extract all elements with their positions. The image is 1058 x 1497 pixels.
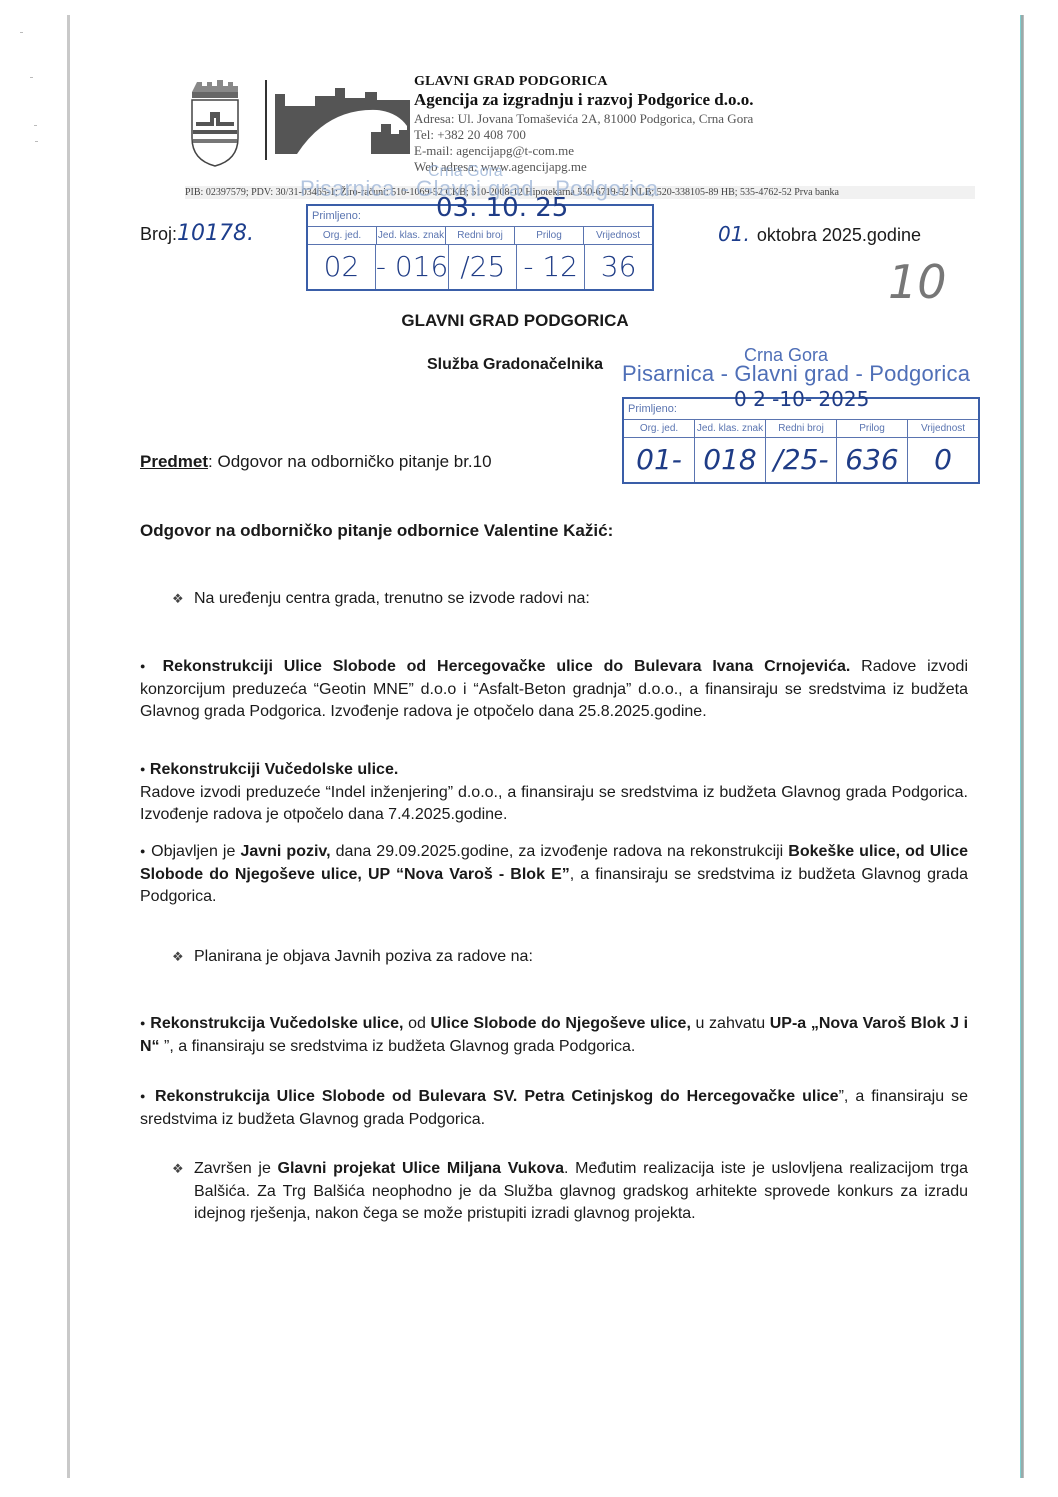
addressee-title: GLAVNI GRAD PODGORICA bbox=[0, 311, 1044, 331]
stamp-received-label: Primljeno: bbox=[628, 403, 677, 415]
subject-line: Predmet: Odgovor na odborničko pitanje b… bbox=[140, 452, 492, 472]
item-bold: Javni poziv, bbox=[240, 843, 330, 860]
stamp-value: /25 bbox=[449, 245, 517, 289]
list-item: ● Rekonstrukciji Ulice Slobode od Herceg… bbox=[140, 655, 968, 724]
scan-speck bbox=[30, 77, 33, 78]
section-miljana-vukova: ❖ Završen je Glavni projekat Ulice Milja… bbox=[172, 1158, 968, 1226]
item-bold: Rekonstrukcija Ulice Slobode od Bulevara… bbox=[155, 1088, 839, 1105]
subject-text: : Odgovor na odborničko pitanje br.10 bbox=[208, 452, 492, 471]
date-handwritten-day: 01. bbox=[718, 222, 750, 246]
city-stamp-office: Pisarnica - Glavni grad - Podgorica bbox=[622, 361, 970, 387]
section-heading: Planirana je objava Javnih poziva za rad… bbox=[194, 948, 533, 965]
letterhead-address: Adresa: Ul. Jovana Tomaševića 2A, 81000 … bbox=[414, 111, 753, 127]
letterhead-separator bbox=[265, 80, 267, 160]
scan-edge-right bbox=[1020, 15, 1024, 1478]
city-registry-stamp: Primljeno: 0 2 -10- 2025 Org. jed. Jed. … bbox=[622, 397, 980, 484]
stamp-header: Jed. klas. znak bbox=[377, 227, 446, 244]
stamp-header: Org. jed. bbox=[308, 227, 377, 244]
scan-speck bbox=[35, 141, 38, 142]
stamp-header: Prilog bbox=[837, 420, 908, 437]
diamond-bullet-icon: ❖ bbox=[172, 949, 194, 965]
item-bold: Rekonstrukcija Vučedolske ulice, bbox=[150, 1015, 403, 1032]
reference-label: Broj: bbox=[140, 224, 177, 244]
item-text: ”, a finansiraju se sredstvima iz budžet… bbox=[160, 1038, 636, 1055]
stamp-header: Redni broj bbox=[766, 420, 837, 437]
item-text: Objavljen je bbox=[151, 843, 240, 860]
list-item: ● Objavljen je Javni poziv, dana 29.09.2… bbox=[140, 840, 968, 909]
round-bullet-icon: ● bbox=[140, 846, 146, 856]
answer-heading: Odgovor na odborničko pitanje odbornice … bbox=[140, 521, 613, 541]
stamp-header: Jed. klas. znak bbox=[695, 420, 766, 437]
pencil-annotation: 10 bbox=[888, 255, 947, 309]
stamp-value: 01- bbox=[624, 438, 695, 482]
stamp-value: 0 bbox=[908, 438, 978, 482]
stamp-value: 018 bbox=[695, 438, 766, 482]
scan-speck bbox=[20, 32, 23, 33]
letterhead-agency: Agencija za izgradnju i razvoj Podgorice… bbox=[414, 90, 753, 110]
item-text: u zahvatu bbox=[691, 1015, 770, 1032]
section-heading: Na uređenju centra grada, trenutno se iz… bbox=[194, 590, 590, 607]
item-text: od bbox=[403, 1015, 430, 1032]
date-text: oktobra 2025.godine bbox=[757, 225, 921, 245]
list-item: ● Rekonstrukciji Vučedolske ulice. Radov… bbox=[140, 758, 968, 827]
item-bold: Glavni projekat Ulice Miljana Vukova bbox=[278, 1160, 565, 1177]
stamp-received-date: 03. 10. 25 bbox=[436, 198, 568, 218]
stamp-header: Org. jed. bbox=[624, 420, 695, 437]
item-title: Rekonstrukciji Ulice Slobode od Hercegov… bbox=[163, 658, 851, 675]
diamond-bullet-icon: ❖ bbox=[172, 591, 194, 607]
item-text: Završen je bbox=[194, 1160, 278, 1177]
reference-number: Broj:10178. bbox=[140, 221, 254, 246]
round-bullet-icon: ● bbox=[140, 661, 152, 671]
document-date: 01. oktobra 2025.godine bbox=[718, 222, 921, 246]
diamond-bullet-icon: ❖ bbox=[172, 1158, 184, 1181]
agency-registry-stamp: Primljeno: 03. 10. 25 Org. jed. Jed. kla… bbox=[306, 204, 654, 291]
letterhead-phone: Tel: +382 20 408 700 bbox=[414, 127, 526, 143]
letterhead-email: E-mail: agencijapg@t-com.me bbox=[414, 143, 574, 159]
stamp-received-date: 0 2 -10- 2025 bbox=[734, 389, 869, 409]
round-bullet-icon: ● bbox=[140, 764, 145, 774]
stamp-header: Vrijednost bbox=[908, 420, 978, 437]
stamp-value: 36 bbox=[585, 245, 652, 289]
letterhead-city: GLAVNI GRAD PODGORICA bbox=[414, 74, 608, 90]
city-crest-icon bbox=[186, 78, 244, 168]
stamp-header: Redni broj bbox=[446, 227, 515, 244]
stamp-header: Vrijednost bbox=[584, 227, 652, 244]
round-bullet-icon: ● bbox=[140, 1018, 146, 1028]
subject-label: Predmet bbox=[140, 452, 208, 471]
list-item: ● Rekonstrukcija Ulice Slobode od Buleva… bbox=[140, 1085, 968, 1131]
section-planned-works: ❖Planirana je objava Javnih poziva za ra… bbox=[172, 948, 533, 966]
agency-logo-icon bbox=[275, 88, 410, 154]
scan-edge-left bbox=[67, 15, 70, 1478]
scan-speck bbox=[34, 125, 37, 126]
stamp-received-label: Primljeno: bbox=[312, 210, 361, 222]
list-item: ● Rekonstrukcija Vučedolske ulice, od Ul… bbox=[140, 1012, 968, 1058]
stamp-value: - 016 bbox=[376, 245, 449, 289]
item-text: dana 29.09.2025.godine, za izvođenje rad… bbox=[331, 843, 789, 860]
stamp-value: 02 bbox=[308, 245, 376, 289]
stamp-header: Prilog bbox=[515, 227, 584, 244]
item-text: Radove izvodi preduzeće “Indel inženjeri… bbox=[140, 784, 968, 824]
reference-handwritten-number: 10178. bbox=[177, 221, 254, 246]
item-title: Rekonstrukciji Vučedolske ulice. bbox=[150, 761, 398, 778]
round-bullet-icon: ● bbox=[140, 1091, 148, 1101]
stamp-value: /25- bbox=[766, 438, 837, 482]
section-current-works: ❖Na uređenju centra grada, trenutno se i… bbox=[172, 590, 590, 608]
stamp-value: 636 bbox=[837, 438, 908, 482]
item-bold: Ulice Slobode do Njegoševe ulice, bbox=[431, 1015, 691, 1032]
stamp-value: - 12 bbox=[517, 245, 585, 289]
